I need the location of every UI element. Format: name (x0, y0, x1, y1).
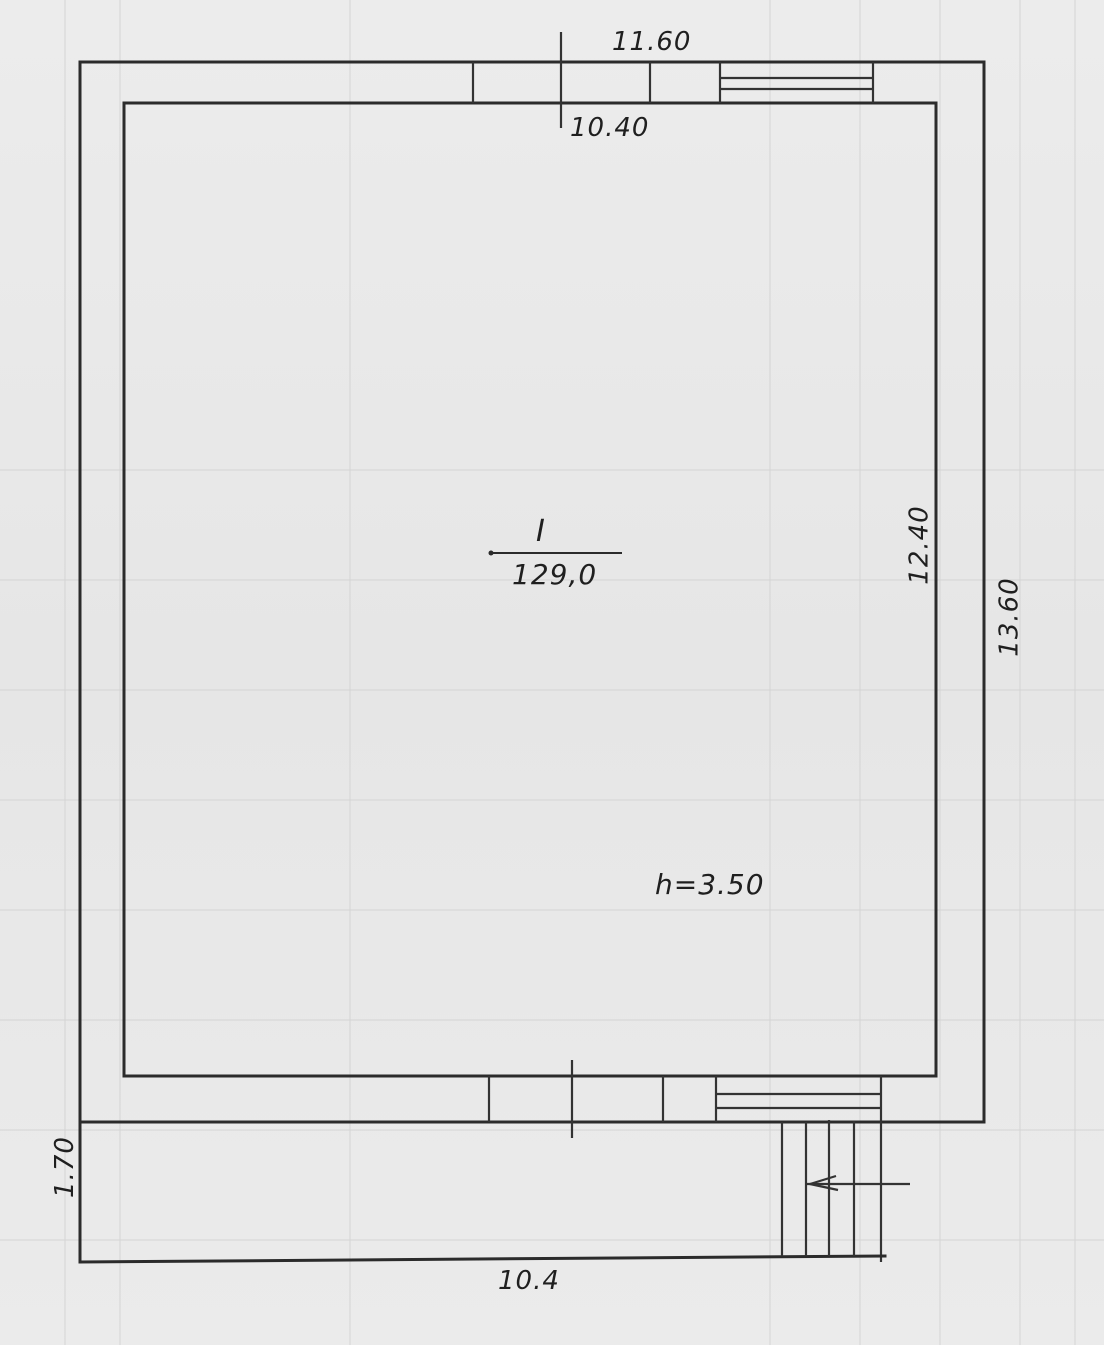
room-number: I (536, 514, 546, 549)
bottom-door-opening (489, 1060, 663, 1138)
dimension-porch-left: 1.70 (50, 1136, 80, 1198)
room-label-divider (489, 551, 623, 556)
entrance-stairs (782, 1120, 854, 1256)
dimension-outer-top: 11.60 (612, 27, 691, 57)
dimension-inner-right: 12.40 (905, 505, 935, 584)
floor-plan-drawing (0, 0, 1104, 1345)
dimension-inner-top: 10.40 (570, 113, 649, 143)
floor-plan-sheet: 11.60 10.40 12.40 13.60 1.70 10.4 I 129,… (0, 0, 1104, 1345)
top-window (720, 62, 873, 103)
bottom-window (716, 1076, 881, 1262)
porch-outline (80, 1256, 885, 1262)
outer-wall (80, 62, 984, 1262)
background-form-grid (0, 0, 1104, 1345)
dimension-outer-right: 13.60 (995, 577, 1025, 656)
entrance-arrow-icon (806, 1176, 910, 1190)
room-height: h=3.50 (655, 868, 765, 901)
dimension-porch-bottom: 10.4 (498, 1266, 560, 1296)
room-area: 129,0 (512, 558, 597, 591)
